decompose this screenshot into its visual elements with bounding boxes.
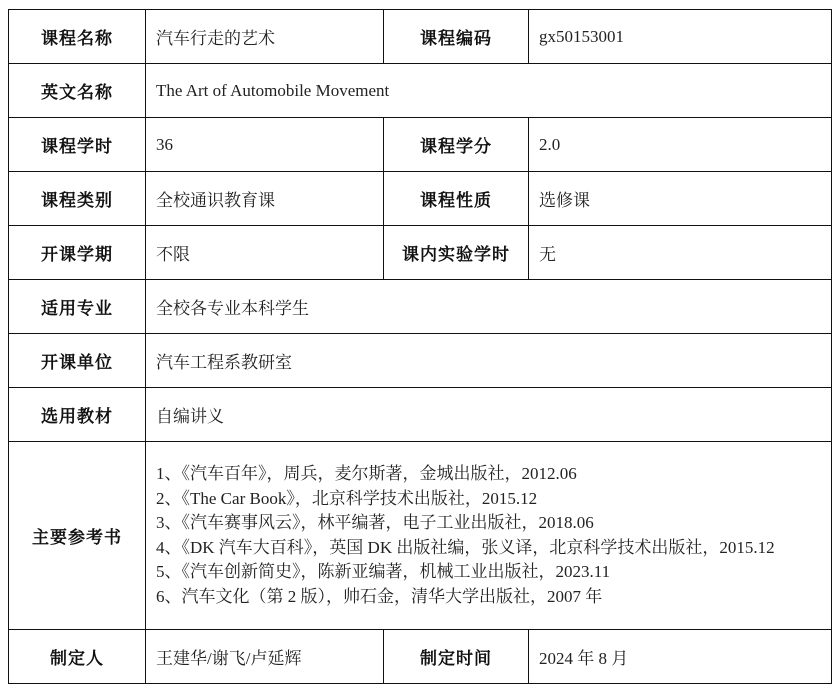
textbook-label: 选用教材	[9, 388, 146, 442]
lab-hours-value: 无	[529, 226, 832, 280]
semester-label: 开课学期	[9, 226, 146, 280]
applicable-majors-label: 适用专业	[9, 280, 146, 334]
row-applicable-majors: 适用专业 全校各专业本科学生	[9, 280, 832, 334]
reference-item: 5、《汽车创新简史》，陈新亚编著，机械工业出版社，2023.11	[156, 560, 821, 585]
course-code-label: 课程编码	[384, 10, 529, 64]
course-credits-value: 2.0	[529, 118, 832, 172]
course-category-value: 全校通识教育课	[146, 172, 384, 226]
course-hours-value: 36	[146, 118, 384, 172]
reference-item: 4、《DK 汽车大百科》，英国 DK 出版社编，张义译，北京科学技术出版社，20…	[156, 536, 821, 561]
row-references: 主要参考书 1、《汽车百年》，周兵，麦尔斯著，金城出版社，2012.06 2、《…	[9, 442, 832, 630]
course-code-value: gx50153001	[529, 10, 832, 64]
department-value: 汽车工程系教研室	[146, 334, 832, 388]
course-info-table: 课程名称 汽车行走的艺术 课程编码 gx50153001 英文名称 The Ar…	[8, 9, 832, 684]
applicable-majors-value: 全校各专业本科学生	[146, 280, 832, 334]
row-category-nature: 课程类别 全校通识教育课 课程性质 选修课	[9, 172, 832, 226]
english-name-value: The Art of Automobile Movement	[146, 64, 832, 118]
course-nature-label: 课程性质	[384, 172, 529, 226]
row-department: 开课单位 汽车工程系教研室	[9, 334, 832, 388]
row-hours-credits: 课程学时 36 课程学分 2.0	[9, 118, 832, 172]
reference-item: 1、《汽车百年》，周兵，麦尔斯著，金城出版社，2012.06	[156, 462, 821, 487]
course-credits-label: 课程学分	[384, 118, 529, 172]
lab-hours-label: 课内实验学时	[384, 226, 529, 280]
reference-item: 3、《汽车赛事风云》，林平编著，电子工业出版社，2018.06	[156, 511, 821, 536]
course-nature-value: 选修课	[529, 172, 832, 226]
row-semester-lab: 开课学期 不限 课内实验学时 无	[9, 226, 832, 280]
semester-value: 不限	[146, 226, 384, 280]
course-name-value: 汽车行走的艺术	[146, 10, 384, 64]
row-author-date: 制定人 王建华/谢飞/卢延辉 制定时间 2024 年 8 月	[9, 630, 832, 684]
course-name-label: 课程名称	[9, 10, 146, 64]
course-category-label: 课程类别	[9, 172, 146, 226]
course-hours-label: 课程学时	[9, 118, 146, 172]
department-label: 开课单位	[9, 334, 146, 388]
references-label: 主要参考书	[9, 442, 146, 630]
date-label: 制定时间	[384, 630, 529, 684]
reference-item: 6、汽车文化（第 2 版），帅石金，清华大学出版社，2007 年	[156, 585, 821, 610]
author-label: 制定人	[9, 630, 146, 684]
english-name-label: 英文名称	[9, 64, 146, 118]
row-course-name: 课程名称 汽车行走的艺术 课程编码 gx50153001	[9, 10, 832, 64]
author-value: 王建华/谢飞/卢延辉	[146, 630, 384, 684]
reference-item: 2、《The Car Book》，北京科学技术出版社，2015.12	[156, 487, 821, 512]
row-textbook: 选用教材 自编讲义	[9, 388, 832, 442]
row-english-name: 英文名称 The Art of Automobile Movement	[9, 64, 832, 118]
references-list: 1、《汽车百年》，周兵，麦尔斯著，金城出版社，2012.06 2、《The Ca…	[146, 442, 832, 630]
date-value: 2024 年 8 月	[529, 630, 832, 684]
textbook-value: 自编讲义	[146, 388, 832, 442]
